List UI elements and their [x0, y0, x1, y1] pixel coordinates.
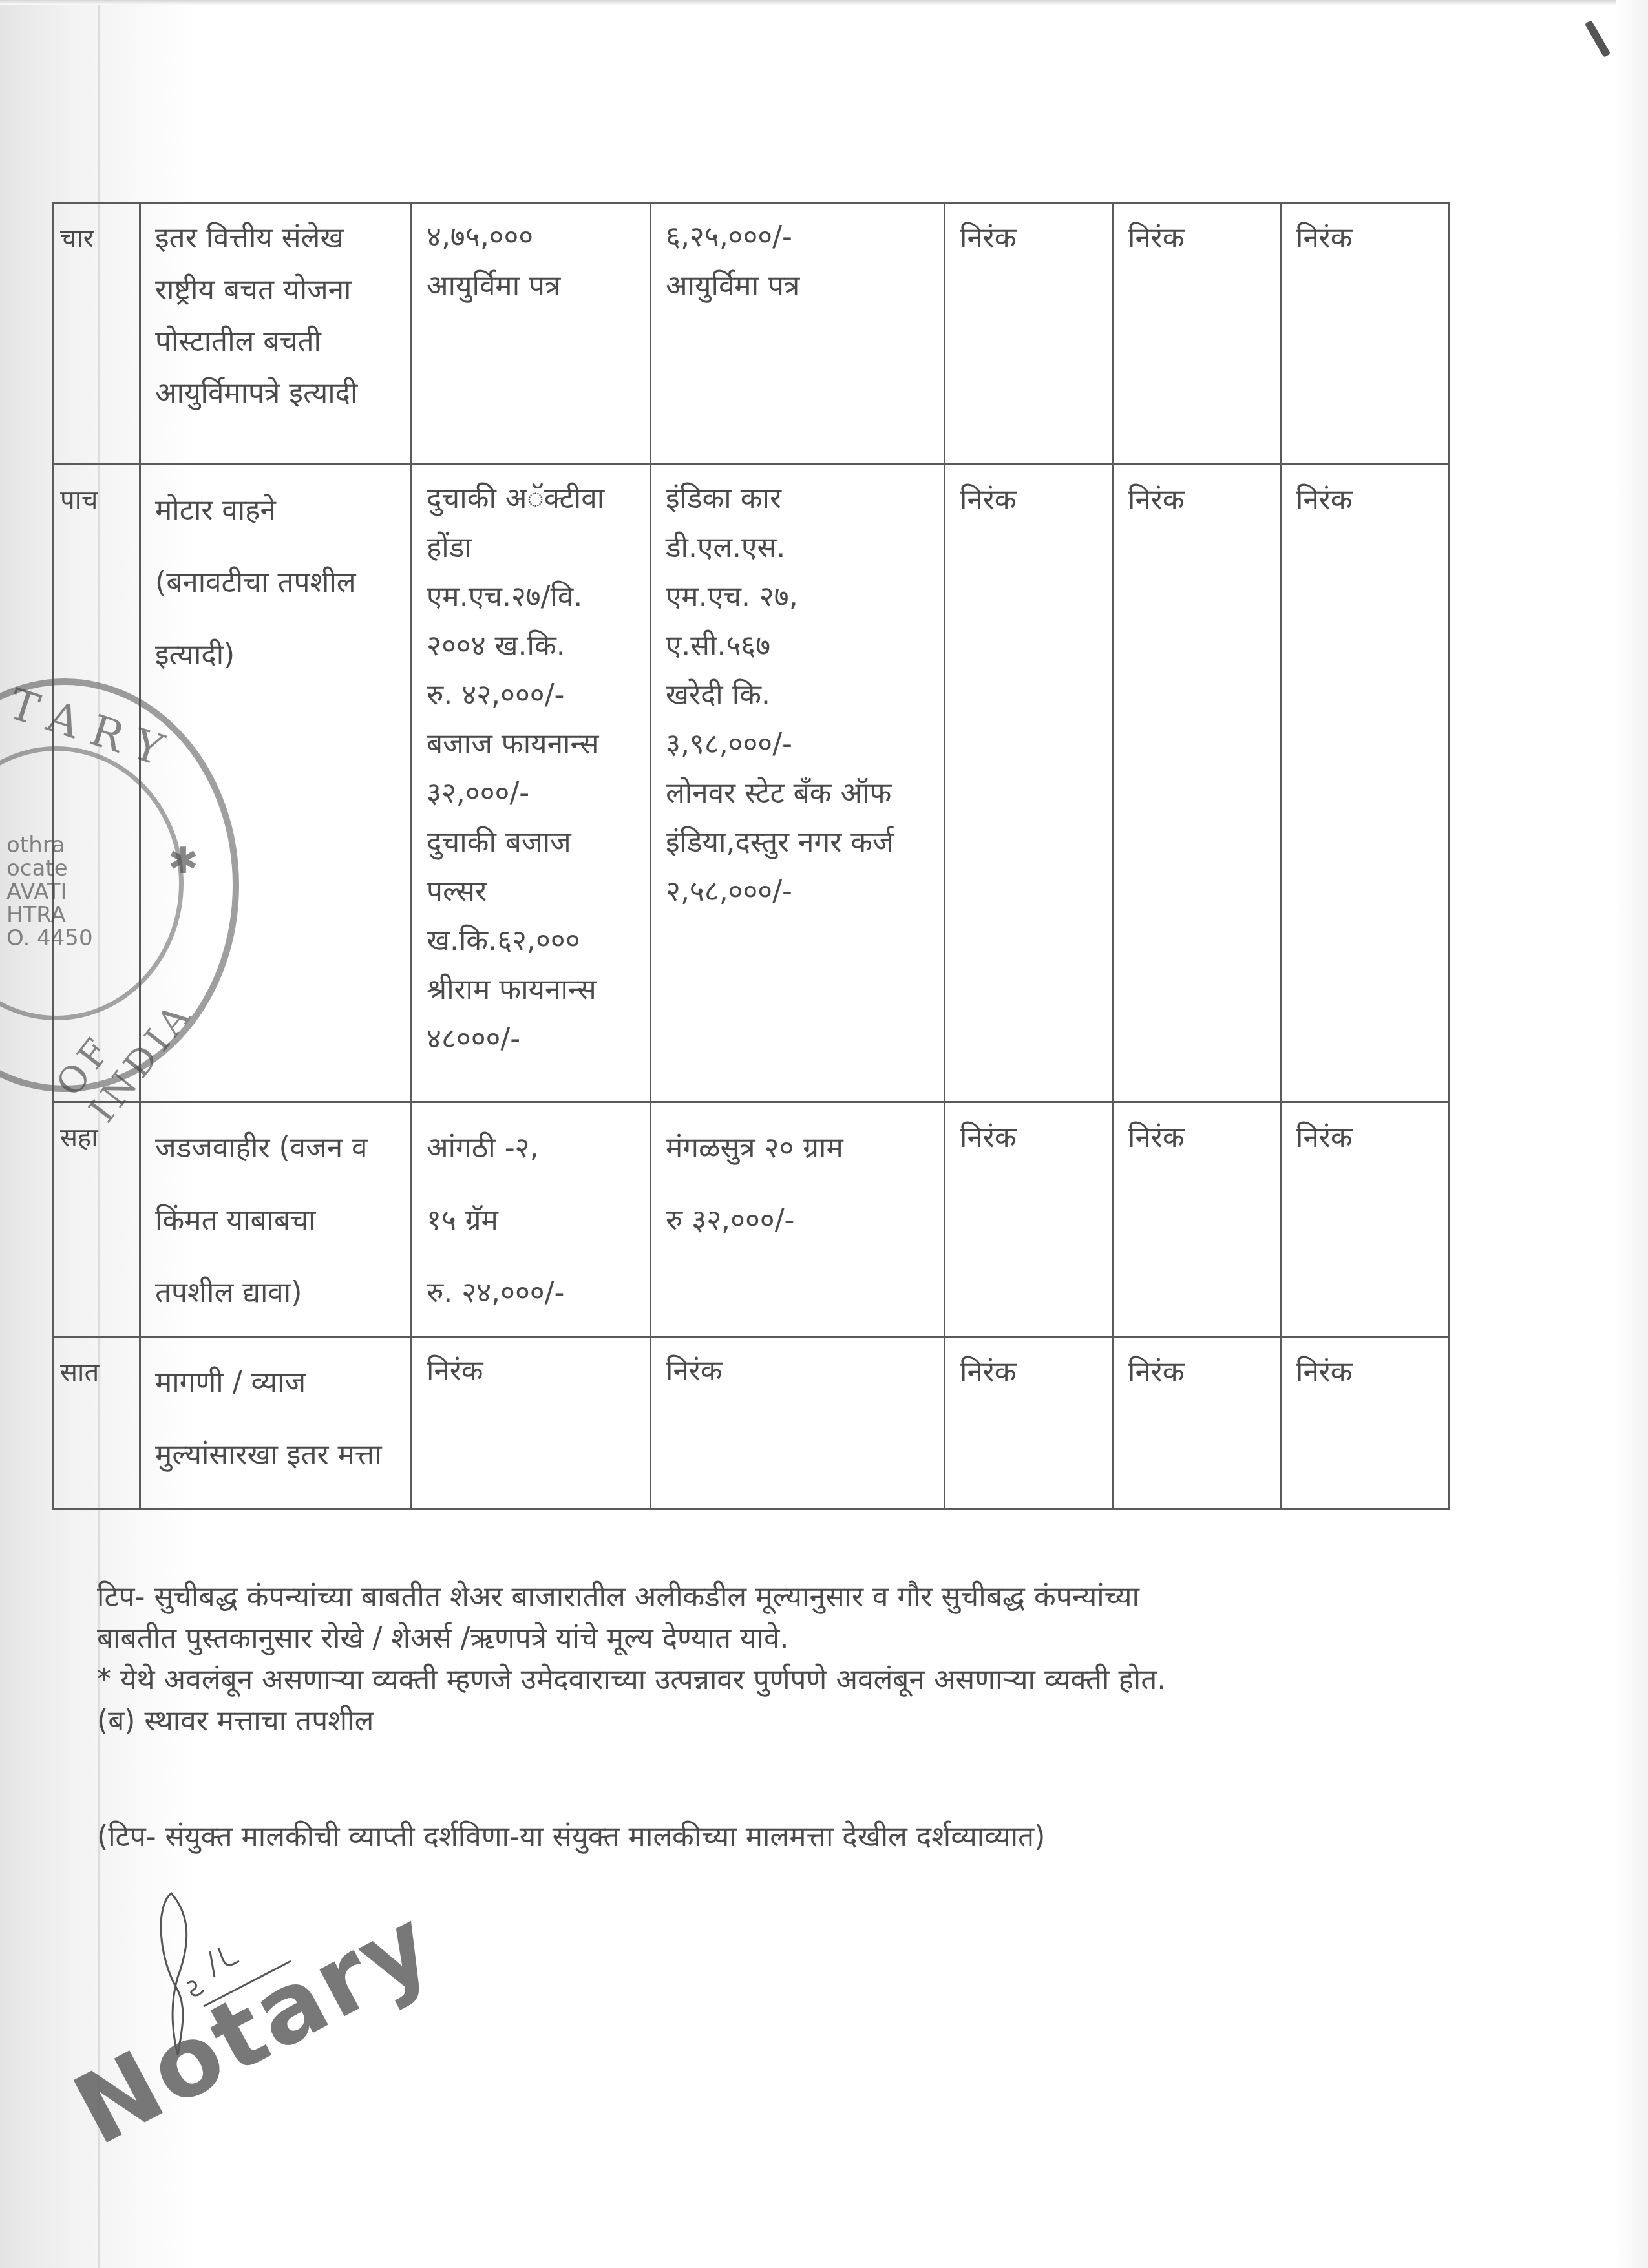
cell-line: एम.एच.२७/वि. — [427, 572, 635, 622]
cell-line: बजाज फायनान्स — [427, 720, 635, 769]
cell-line: श्रीराम फायनान्स — [427, 965, 635, 1014]
spouse-value: मंगळसुत्र २० ग्रामरु ३२,०००/- — [651, 1102, 945, 1337]
asset-description: जडजवाहीर (वजन वकिंमत याबाबचातपशील द्यावा… — [140, 1102, 412, 1337]
cell-line: निरंक — [427, 1347, 635, 1396]
dependent-1-value: निरंक — [945, 1102, 1113, 1337]
cell-line: दुचाकी बजाज — [427, 818, 635, 867]
candidate-value: ४,७५,०००आयुर्विमा पत्र — [412, 203, 651, 465]
dependent-2-value: निरंक — [1113, 465, 1281, 1102]
row-number: चार — [53, 203, 140, 465]
note-listed-companies-2: बाबतीत पुस्तकानुसार रोखे / शेअर्स /ऋणपत्… — [97, 1618, 1519, 1659]
cell-line: राष्ट्रीय बचत योजना — [155, 264, 396, 316]
spouse-value: निरंक — [651, 1337, 945, 1509]
note-listed-companies-1: टिप- सुचीबद्ध कंपन्यांच्या बाबतीत शेअर ब… — [97, 1577, 1519, 1618]
cell-line: डी.एल.एस. — [666, 523, 929, 572]
cell-line: रु. ४२,०००/- — [427, 671, 635, 720]
candidate-value: निरंक — [412, 1337, 651, 1509]
cell-line: ४,७५,००० — [427, 213, 635, 262]
cell-line: पोस्टातील बचती — [155, 316, 396, 368]
dependent-1-value: निरंक — [945, 203, 1113, 465]
cell-line: ६,२५,०००/- — [666, 213, 929, 262]
cell-line: ३२,०००/- — [427, 769, 635, 818]
table-row: सातमागणी / व्याजमुल्यांसारखा इतर मत्तानि… — [53, 1337, 1449, 1509]
cell-line: इतर वित्तीय संलेख — [155, 213, 396, 264]
cell-line: मोटार वाहने — [155, 474, 396, 547]
cell-line: रु. २४,०००/- — [427, 1257, 635, 1329]
asset-description: इतर वित्तीय संलेखराष्ट्रीय बचत योजनापोस्… — [140, 203, 412, 465]
section-b-heading: (ब) स्थावर मत्ताचा तपशील — [97, 1701, 1519, 1742]
cell-line: तपशील द्यावा) — [155, 1257, 396, 1329]
spouse-value: इंडिका कारडी.एल.एस.एम.एच. २७,ए.सी.५६७खरे… — [651, 465, 945, 1102]
cell-line: रु ३२,०००/- — [666, 1184, 929, 1257]
table-row: पाचमोटार वाहने(बनावटीचा तपशीलइत्यादी)दुच… — [53, 465, 1449, 1102]
page-right-edge — [1616, 0, 1648, 2268]
cell-line: ए.सी.५६७ — [666, 622, 929, 671]
cell-line: २००४ ख.कि. — [427, 622, 635, 671]
cell-line: एम.एच. २७, — [666, 572, 929, 622]
cell-line: १५ ग्रॅम — [427, 1184, 635, 1257]
cell-line: दुचाकी अॅक्टीवा — [427, 474, 635, 523]
cell-line: इंडिया,दस्तुर नगर कर्ज — [666, 818, 929, 867]
table-row: सहाजडजवाहीर (वजन वकिंमत याबाबचातपशील द्य… — [53, 1102, 1449, 1337]
asset-description: मोटार वाहने(बनावटीचा तपशीलइत्यादी) — [140, 465, 412, 1102]
note-joint-ownership: (टिप- संयुक्त मालकीची व्याप्ती दर्शविणा-… — [97, 1816, 1045, 1854]
row-number: पाच — [53, 465, 140, 1102]
cell-line: आयुर्विमा पत्र — [427, 262, 635, 311]
dependent-2-value: निरंक — [1113, 203, 1281, 465]
cell-line: लोनवर स्टेट बँक ऑफ — [666, 769, 929, 818]
cell-line: ३,९८,०००/- — [666, 720, 929, 769]
corner-ink-mark — [1585, 20, 1611, 58]
footnotes: टिप- सुचीबद्ध कंपन्यांच्या बाबतीत शेअर ब… — [97, 1577, 1519, 1742]
cell-line: मुल्यांसारखा इतर मत्ता — [155, 1419, 396, 1491]
cell-line: होंडा — [427, 523, 635, 572]
cell-line: ख.कि.६२,००० — [427, 916, 635, 965]
asset-description: मागणी / व्याजमुल्यांसारखा इतर मत्ता — [140, 1337, 412, 1509]
candidate-value: दुचाकी अॅक्टीवाहोंडाएम.एच.२७/वि.२००४ ख.क… — [412, 465, 651, 1102]
cell-line: २,५८,०००/- — [666, 867, 929, 916]
dependent-2-value: निरंक — [1113, 1102, 1281, 1337]
row-number: सहा — [53, 1102, 140, 1337]
dependent-1-value: निरंक — [945, 465, 1113, 1102]
cell-line: खरेदी कि. — [666, 671, 929, 720]
dependent-3-value: निरंक — [1281, 1337, 1449, 1509]
dependent-3-value: निरंक — [1281, 1102, 1449, 1337]
page-top-edge — [0, 0, 1648, 5]
cell-line: किंमत याबाबचा — [155, 1184, 396, 1257]
dependent-3-value: निरंक — [1281, 203, 1449, 465]
cell-line: इंडिका कार — [666, 474, 929, 523]
candidate-value: आंगठी -२,१५ ग्रॅमरु. २४,०००/- — [412, 1102, 651, 1337]
spouse-value: ६,२५,०००/-आयुर्विमा पत्र — [651, 203, 945, 465]
cell-line: जडजवाहीर (वजन व — [155, 1112, 396, 1184]
cell-line: मंगळसुत्र २० ग्राम — [666, 1112, 929, 1184]
dependent-3-value: निरंक — [1281, 465, 1449, 1102]
row-number: सात — [53, 1337, 140, 1509]
cell-line: आयुर्विमापत्रे इत्यादी — [155, 368, 396, 419]
cell-line: इत्यादी) — [155, 619, 396, 691]
movable-assets-table: चारइतर वित्तीय संलेखराष्ट्रीय बचत योजनाप… — [52, 202, 1450, 1510]
table-row: चारइतर वित्तीय संलेखराष्ट्रीय बचत योजनाप… — [53, 203, 1449, 465]
note-dependents: * येथे अवलंबून असणाऱ्या व्यक्ती म्हणजे उ… — [97, 1659, 1519, 1701]
dependent-1-value: निरंक — [945, 1337, 1113, 1509]
cell-line: ४८०००/- — [427, 1014, 635, 1064]
dependent-2-value: निरंक — [1113, 1337, 1281, 1509]
cell-line: निरंक — [666, 1347, 929, 1396]
cell-line: आंगठी -२, — [427, 1112, 635, 1184]
cell-line: पल्सर — [427, 867, 635, 916]
cell-line: (बनावटीचा तपशील — [155, 547, 396, 619]
cell-line: आयुर्विमा पत्र — [666, 262, 929, 311]
cell-line: मागणी / व्याज — [155, 1347, 396, 1419]
